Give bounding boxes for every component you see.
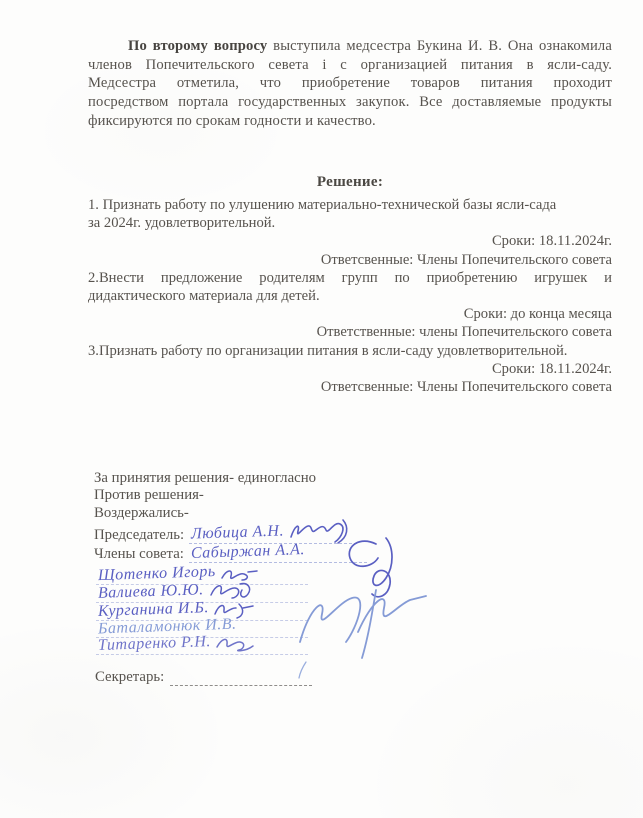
secretary-stray-mark (296, 660, 310, 680)
paragraph-line-1: По второму вопросу выступила медсестра Б… (88, 37, 612, 56)
voting-results: За принятия решения- единогласно Против … (94, 470, 594, 522)
member-paraph-6 (215, 634, 259, 654)
decision-responsible-1: Ответсвенные: Члены Попечительского сове… (88, 251, 612, 269)
decision-deadline-2: Сроки: до конца месяца (88, 305, 612, 323)
member-paraph-3 (208, 580, 256, 602)
decision-list: 1. Признать работу по улушению материаль… (88, 196, 612, 396)
scanned-document-page: По второму вопросу выступила медсестра Б… (0, 0, 643, 818)
paragraph-bold-lead: По второму вопросу (128, 38, 267, 54)
decision-line-4: дидактического материала для детей. (88, 287, 612, 305)
paragraph-line-4: посредством портала государственных заку… (88, 93, 612, 112)
decision-deadline-1: Сроки: 18.11.2024г. (88, 232, 612, 250)
secretary-row: Секретарь: (95, 669, 312, 686)
voting-line-for: За принятия решения- единогласно (94, 470, 594, 487)
decision-line-2: за 2024г. удовлетворительной. (88, 214, 612, 232)
paragraph-line-3: Медсестра отметила, что приобретение тов… (88, 74, 612, 93)
secretary-label: Секретарь: (95, 669, 164, 686)
member-signature-1: Сабыржан А.А. (189, 541, 310, 564)
member-signature-row-6: Титаренко Р.Н. (96, 634, 308, 655)
decision-line-5: 3.Признать работу по организации питания… (88, 342, 612, 360)
members-label: Члены совета: (94, 546, 184, 563)
decision-line-3: 2.Внести предложение родителям групп по … (88, 269, 612, 287)
members-signature-row: Члены совета: Сабыржан А.А. (94, 541, 367, 563)
paragraph-line-5: фиксируются по срокам годности и качеств… (88, 112, 612, 131)
member-signature-6: Титаренко Р.Н. (96, 633, 215, 656)
decision-heading: Решение: (88, 174, 612, 191)
secretary-signature-blank (170, 670, 312, 686)
large-light-flourish (288, 580, 436, 662)
decision-deadline-3: Сроки: 18.11.2024г. (88, 360, 612, 378)
paragraph-lead-rest: выступила медсестра Букина И. В. Она озн… (267, 38, 612, 54)
paragraph-second-question: По второму вопросу выступила медсестра Б… (88, 37, 612, 131)
paragraph-line-2: членов Попечительского севета і с органи… (88, 56, 612, 75)
decision-line-1: 1. Признать работу по улушению материаль… (88, 196, 612, 214)
decision-responsible-2: Ответственные: члены Попечительского сов… (88, 323, 612, 341)
voting-line-against: Против решения- (94, 487, 594, 504)
decision-responsible-3: Ответсвенные: Члены Попечительского сове… (88, 378, 612, 396)
